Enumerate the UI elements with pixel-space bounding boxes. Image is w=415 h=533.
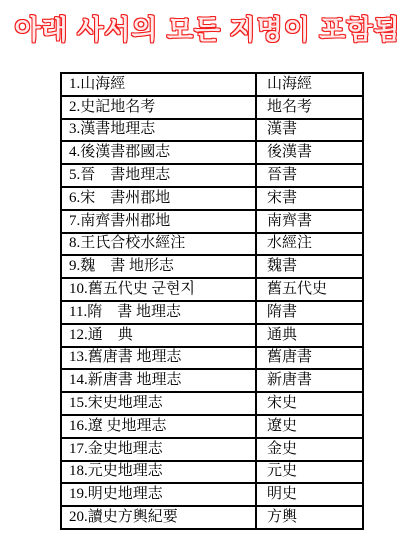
- table-row: 6.宋 書州郡地宋書: [61, 187, 363, 210]
- source-title-cell: 15.宋史地理志: [61, 392, 256, 415]
- source-abbrev-cell: 宋書: [256, 187, 363, 210]
- source-title-cell: 13.舊唐書 地理志: [61, 347, 256, 370]
- source-title-cell: 4.後漢書郡國志: [61, 141, 256, 164]
- source-title-cell: 11.隋 書 地理志: [61, 301, 256, 324]
- sources-table-body: 1.山海經山海經2.史記地名考地名考3.漢書地理志漢書4.後漢書郡國志後漢書5.…: [61, 73, 363, 529]
- source-title-cell: 16.遼 史地理志: [61, 415, 256, 438]
- table-row: 20.讀史方輿紀要方輿: [61, 506, 363, 529]
- source-abbrev-cell: 後漢書: [256, 141, 363, 164]
- source-title-cell: 19.明史地理志: [61, 483, 256, 506]
- source-title-cell: 7.南齊書州郡地: [61, 210, 256, 233]
- source-title-cell: 9.魏 書 地形志: [61, 255, 256, 278]
- table-row: 2.史記地名考地名考: [61, 96, 363, 119]
- source-abbrev-cell: 宋史: [256, 392, 363, 415]
- table-row: 9.魏 書 地形志魏書: [61, 255, 363, 278]
- table-row: 12.通 典通典: [61, 324, 363, 347]
- table-row: 18.元史地理志元史: [61, 461, 363, 484]
- table-row: 13.舊唐書 地理志舊唐書: [61, 347, 363, 370]
- source-abbrev-cell: 方輿: [256, 506, 363, 529]
- source-abbrev-cell: 元史: [256, 461, 363, 484]
- source-abbrev-cell: 魏書: [256, 255, 363, 278]
- source-abbrev-cell: 晉書: [256, 164, 363, 187]
- source-title-cell: 10.舊五代史 군현지: [61, 278, 256, 301]
- table-row: 5.晉 書地理志晉書: [61, 164, 363, 187]
- source-title-cell: 6.宋 書州郡地: [61, 187, 256, 210]
- source-abbrev-cell: 明史: [256, 483, 363, 506]
- table-row: 11.隋 書 地理志隋書: [61, 301, 363, 324]
- table-row: 1.山海經山海經: [61, 73, 363, 96]
- source-title-cell: 3.漢書地理志: [61, 119, 256, 142]
- source-title-cell: 17.金史地理志: [61, 438, 256, 461]
- source-title-cell: 18.元史地理志: [61, 461, 256, 484]
- source-abbrev-cell: 地名考: [256, 96, 363, 119]
- source-abbrev-cell: 隋書: [256, 301, 363, 324]
- source-title-cell: 14.新唐書 地理志: [61, 369, 256, 392]
- source-abbrev-cell: 通典: [256, 324, 363, 347]
- table-row: 4.後漢書郡國志後漢書: [61, 141, 363, 164]
- page-title: 아래 사서의 모든 지명이 포함됨: [0, 0, 415, 47]
- table-row: 19.明史地理志明史: [61, 483, 363, 506]
- source-abbrev-cell: 遼史: [256, 415, 363, 438]
- source-abbrev-cell: 南齊書: [256, 210, 363, 233]
- table-row: 7.南齊書州郡地南齊書: [61, 210, 363, 233]
- source-title-cell: 12.通 典: [61, 324, 256, 347]
- source-abbrev-cell: 山海經: [256, 73, 363, 96]
- source-abbrev-cell: 漢書: [256, 119, 363, 142]
- table-row: 3.漢書地理志漢書: [61, 119, 363, 142]
- source-abbrev-cell: 舊五代史: [256, 278, 363, 301]
- table-row: 8.王氏合校水經注水經注: [61, 233, 363, 256]
- document-page: 아래 사서의 모든 지명이 포함됨 1.山海經山海經2.史記地名考地名考3.漢書…: [0, 0, 415, 533]
- source-title-cell: 2.史記地名考: [61, 96, 256, 119]
- sources-table: 1.山海經山海經2.史記地名考地名考3.漢書地理志漢書4.後漢書郡國志後漢書5.…: [60, 72, 364, 530]
- source-abbrev-cell: 新唐書: [256, 369, 363, 392]
- source-title-cell: 8.王氏合校水經注: [61, 233, 256, 256]
- table-row: 14.新唐書 地理志新唐書: [61, 369, 363, 392]
- table-row: 16.遼 史地理志遼史: [61, 415, 363, 438]
- source-title-cell: 5.晉 書地理志: [61, 164, 256, 187]
- table-row: 17.金史地理志金史: [61, 438, 363, 461]
- source-abbrev-cell: 水經注: [256, 233, 363, 256]
- source-title-cell: 20.讀史方輿紀要: [61, 506, 256, 529]
- table-row: 15.宋史地理志宋史: [61, 392, 363, 415]
- table-row: 10.舊五代史 군현지舊五代史: [61, 278, 363, 301]
- source-title-cell: 1.山海經: [61, 73, 256, 96]
- source-abbrev-cell: 金史: [256, 438, 363, 461]
- source-abbrev-cell: 舊唐書: [256, 347, 363, 370]
